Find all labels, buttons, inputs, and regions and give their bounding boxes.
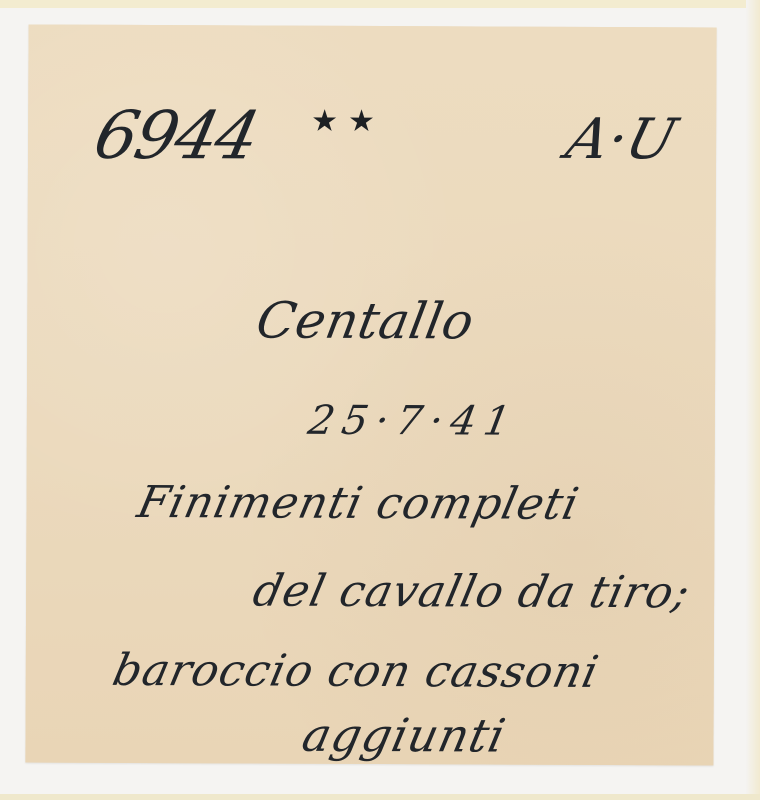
bottom-edge-strip xyxy=(0,794,760,800)
top-edge-strip xyxy=(0,0,760,8)
note-card: 6944 ★★ A·U Centallo 25·7·41 Finimenti c… xyxy=(25,25,716,766)
catalog-number: 6944 xyxy=(88,97,265,175)
description-line: aggiunti xyxy=(298,708,511,763)
date: 25·7·41 xyxy=(305,398,522,445)
description-line: del cavallo da tiro; xyxy=(249,566,695,619)
place-name: Centallo xyxy=(252,292,479,351)
description-line: baroccio con cassoni xyxy=(108,645,603,698)
initials: A·U xyxy=(560,107,683,172)
description-line: Finimenti completi xyxy=(133,477,584,530)
right-edge-strip xyxy=(746,0,760,800)
star-marks-icon: ★★ xyxy=(311,104,385,139)
